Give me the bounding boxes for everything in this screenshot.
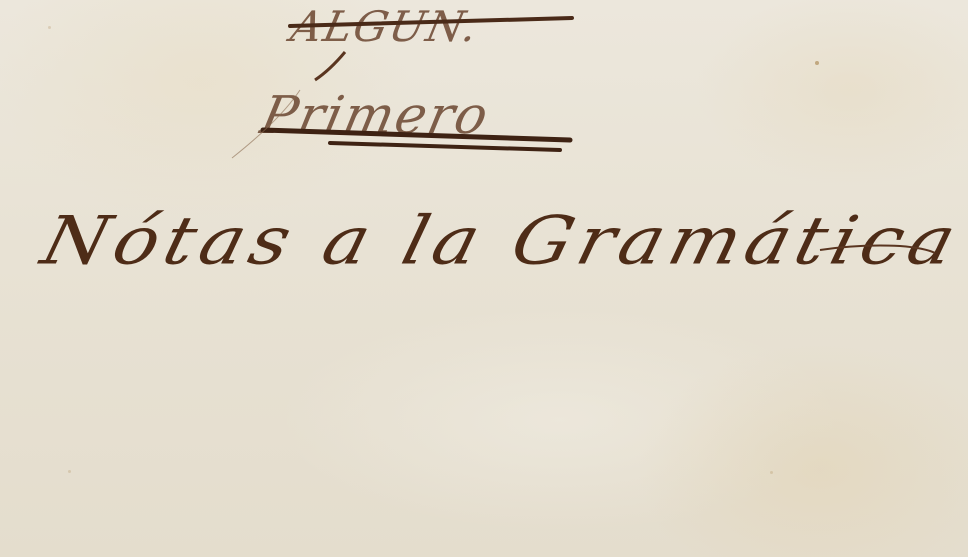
struck-heading-line-1: ALGUN. <box>287 2 484 51</box>
struck-heading-line-2: Primero <box>256 86 495 146</box>
paper-stain <box>68 470 71 473</box>
paper-stain <box>815 61 819 65</box>
manuscript-title: Nótas a la Gramática <box>34 202 968 279</box>
paper-stain <box>770 471 773 474</box>
paper-stain <box>48 26 51 29</box>
